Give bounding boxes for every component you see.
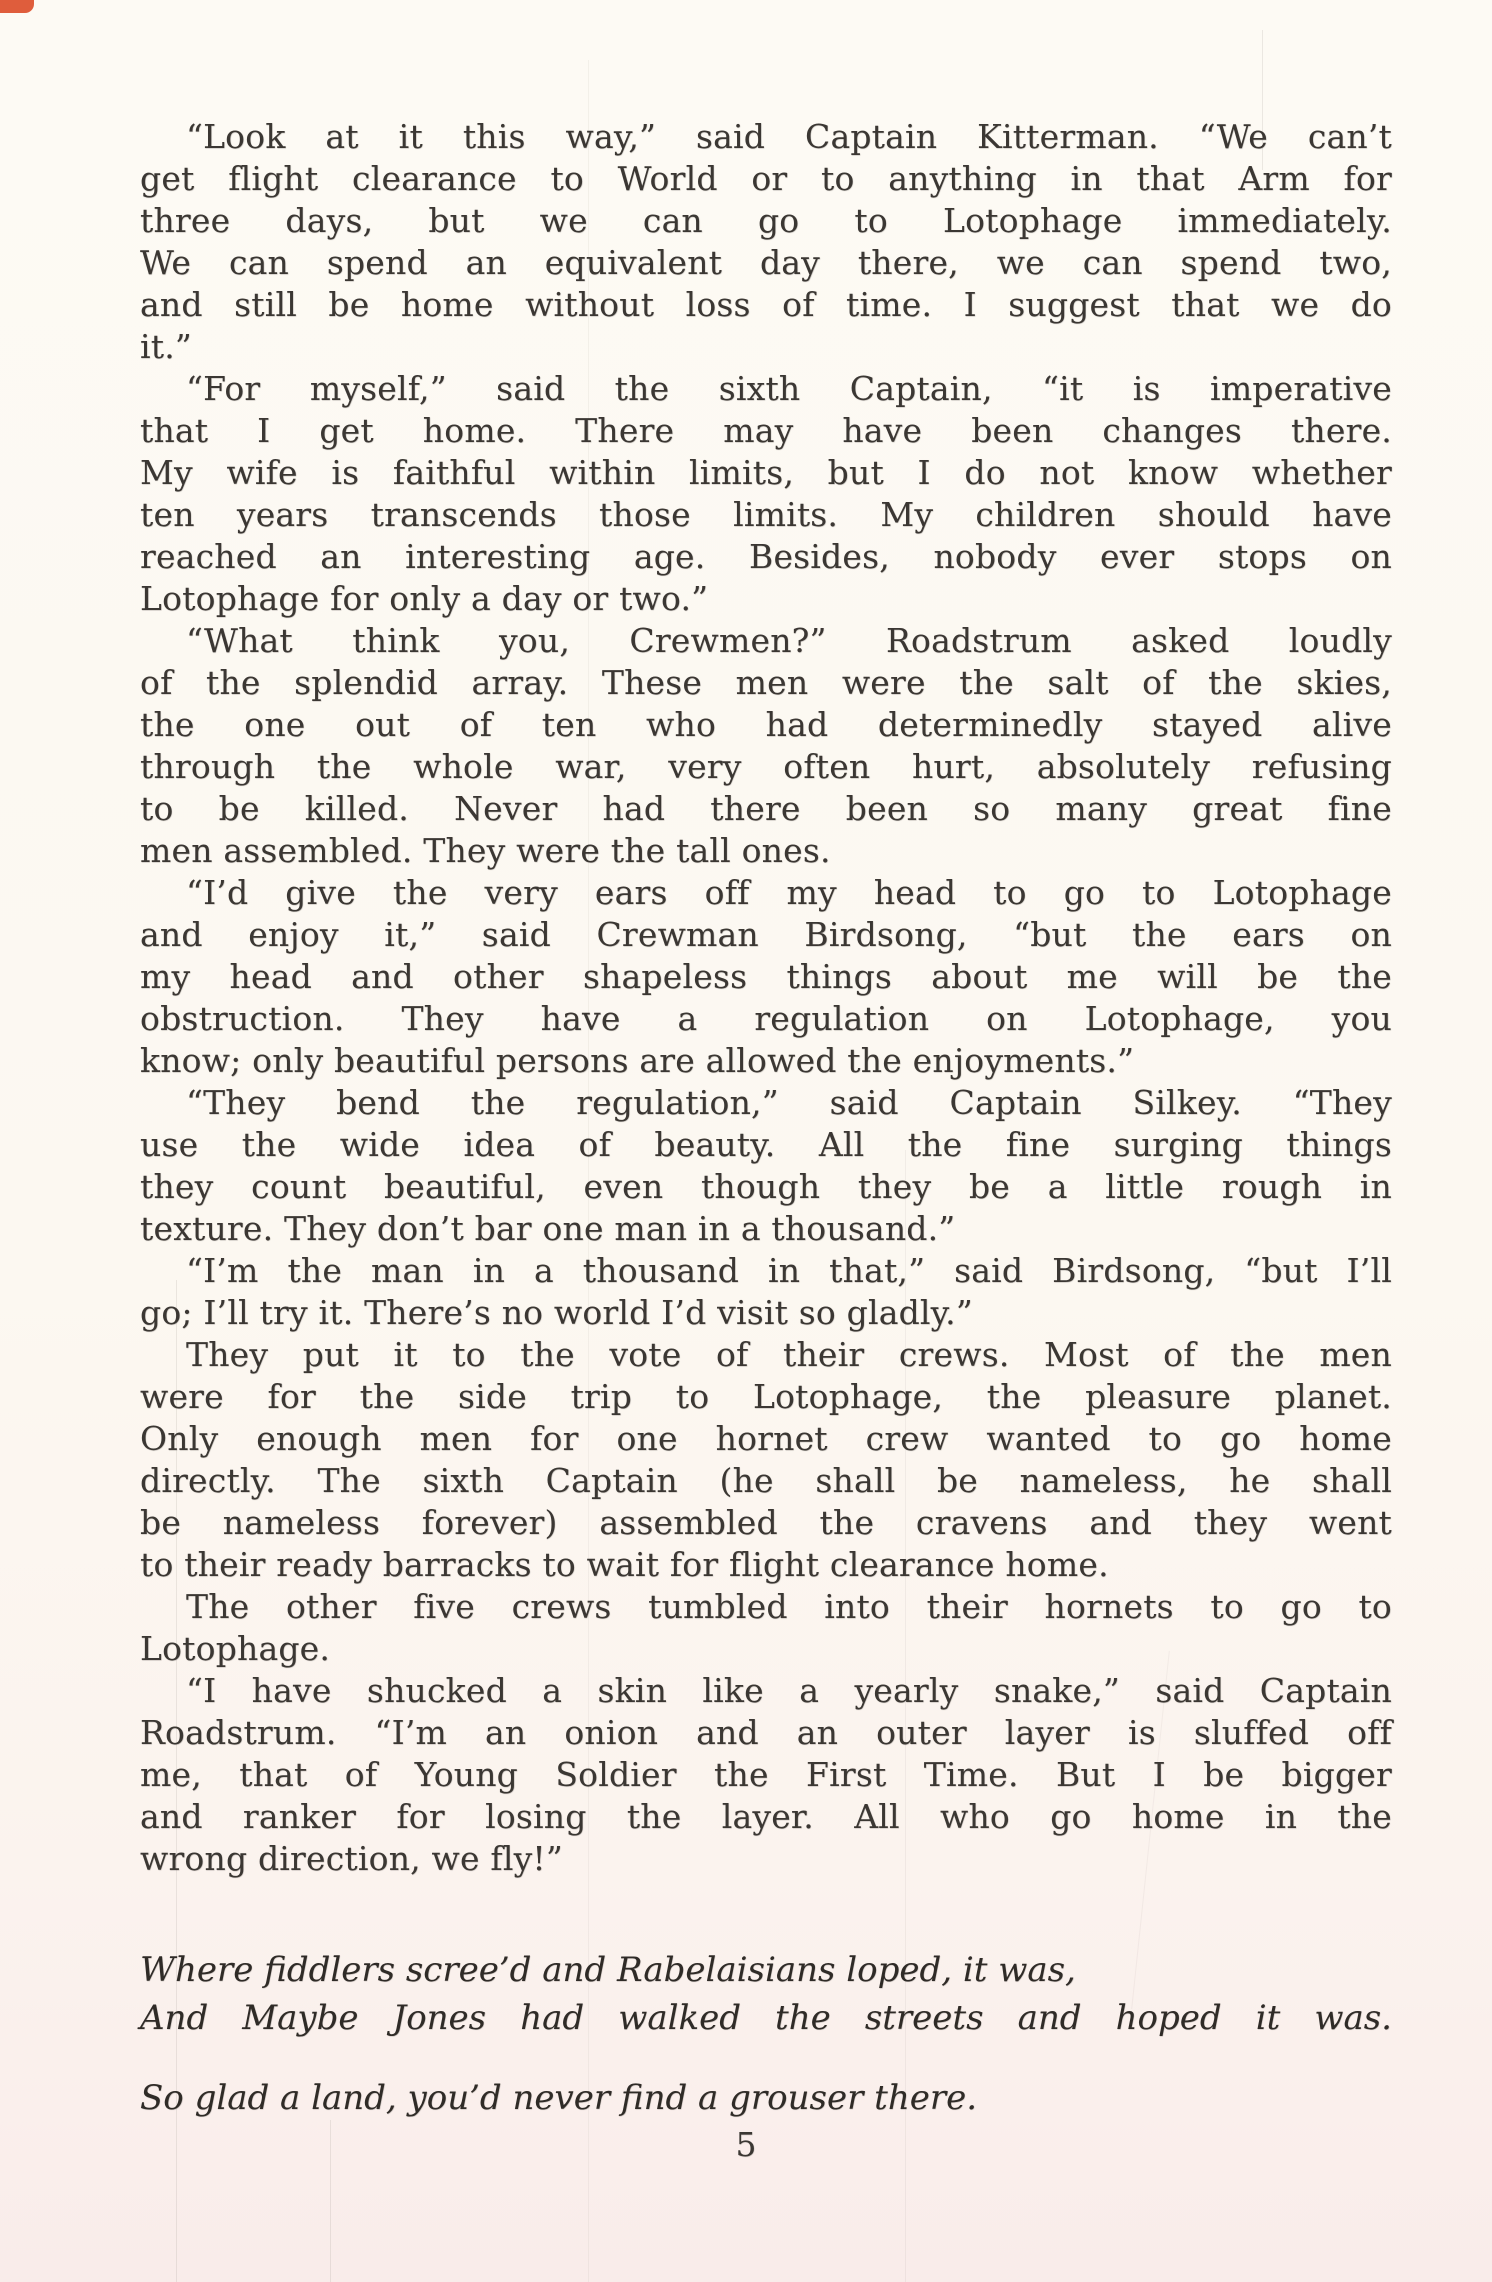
corner-red-mark xyxy=(0,0,34,13)
verse-line: So glad a land, you’d never find a grous… xyxy=(140,2074,1392,2122)
text-line: “They bend the regulation,” said Captain… xyxy=(140,1082,1392,1124)
text-line: me, that of Young Soldier the First Time… xyxy=(140,1754,1392,1796)
text-line: through the whole war, very often hurt, … xyxy=(140,746,1392,788)
text-line: “What think you, Crewmen?” Roadstrum ask… xyxy=(140,620,1392,662)
text-line: the one out of ten who had determinedly … xyxy=(140,704,1392,746)
text-line: they count beautiful, even though they b… xyxy=(140,1166,1392,1208)
paragraph: “For myself,” said the sixth Captain, “i… xyxy=(140,368,1392,620)
text-line: to be killed. Never had there been so ma… xyxy=(140,788,1392,830)
text-line: directly. The sixth Captain (he shall be… xyxy=(140,1460,1392,1502)
text-line: “I’m the man in a thousand in that,” sai… xyxy=(140,1250,1392,1292)
text-line: three days, but we can go to Lotophage i… xyxy=(140,200,1392,242)
text-line: get flight clearance to World or to anyt… xyxy=(140,158,1392,200)
paragraph: “I have shucked a skin like a yearly sna… xyxy=(140,1670,1392,1880)
paragraph: They put it to the vote of their crews. … xyxy=(140,1334,1392,1586)
text-line: be nameless forever) assembled the crave… xyxy=(140,1502,1392,1544)
text-line: Roadstrum. “I’m an onion and an outer la… xyxy=(140,1712,1392,1754)
text-line: Lotophage. xyxy=(140,1628,1392,1670)
text-line: “For myself,” said the sixth Captain, “i… xyxy=(140,368,1392,410)
text-line: “Look at it this way,” said Captain Kitt… xyxy=(140,116,1392,158)
text-line: wrong direction, we fly!” xyxy=(140,1838,1392,1880)
paragraph: “I’m the man in a thousand in that,” sai… xyxy=(140,1250,1392,1334)
text-line: Lotophage for only a day or two.” xyxy=(140,578,1392,620)
text-line: men assembled. They were the tall ones. xyxy=(140,830,1392,872)
verse-line: Where fiddlers scree’d and Rabelaisians … xyxy=(140,1946,1392,1994)
text-line: “I’d give the very ears off my head to g… xyxy=(140,872,1392,914)
text-line: that I get home. There may have been cha… xyxy=(140,410,1392,452)
text-line: were for the side trip to Lotophage, the… xyxy=(140,1376,1392,1418)
text-line: of the splendid array. These men were th… xyxy=(140,662,1392,704)
text-line: my head and other shapeless things about… xyxy=(140,956,1392,998)
verse-stanza: So glad a land, you’d never find a grous… xyxy=(140,2074,1392,2122)
text-line: Only enough men for one hornet crew want… xyxy=(140,1418,1392,1460)
verse-stanza: Where fiddlers scree’d and Rabelaisians … xyxy=(140,1946,1392,2042)
text-line: it.” xyxy=(140,326,1392,368)
verse-block: Where fiddlers scree’d and Rabelaisians … xyxy=(140,1946,1392,2122)
text-line: and enjoy it,” said Crewman Birdsong, “b… xyxy=(140,914,1392,956)
text-line: texture. They don’t bar one man in a tho… xyxy=(140,1208,1392,1250)
text-line: The other five crews tumbled into their … xyxy=(140,1586,1392,1628)
text-line: and still be home without loss of time. … xyxy=(140,284,1392,326)
text-line: They put it to the vote of their crews. … xyxy=(140,1334,1392,1376)
book-page: “Look at it this way,” said Captain Kitt… xyxy=(0,0,1492,2282)
text-line: go; I’ll try it. There’s no world I’d vi… xyxy=(140,1292,1392,1334)
text-line: My wife is faithful within limits, but I… xyxy=(140,452,1392,494)
paragraph: “Look at it this way,” said Captain Kitt… xyxy=(140,116,1392,368)
text-line: and ranker for losing the layer. All who… xyxy=(140,1796,1392,1838)
text-line: use the wide idea of beauty. All the fin… xyxy=(140,1124,1392,1166)
paragraph: “What think you, Crewmen?” Roadstrum ask… xyxy=(140,620,1392,872)
text-line: “I have shucked a skin like a yearly sna… xyxy=(140,1670,1392,1712)
paragraph: “They bend the regulation,” said Captain… xyxy=(140,1082,1392,1250)
text-line: to their ready barracks to wait for flig… xyxy=(140,1544,1392,1586)
body-text: “Look at it this way,” said Captain Kitt… xyxy=(140,116,1392,1880)
text-line: know; only beautiful persons are allowed… xyxy=(140,1040,1392,1082)
verse-line: And Maybe Jones had walked the streets a… xyxy=(140,1994,1392,2042)
text-line: obstruction. They have a regulation on L… xyxy=(140,998,1392,1040)
text-line: reached an interesting age. Besides, nob… xyxy=(140,536,1392,578)
paragraph: “I’d give the very ears off my head to g… xyxy=(140,872,1392,1082)
page-number: 5 xyxy=(0,2124,1492,2166)
text-line: We can spend an equivalent day there, we… xyxy=(140,242,1392,284)
text-line: ten years transcends those limits. My ch… xyxy=(140,494,1392,536)
paragraph: The other five crews tumbled into their … xyxy=(140,1586,1392,1670)
